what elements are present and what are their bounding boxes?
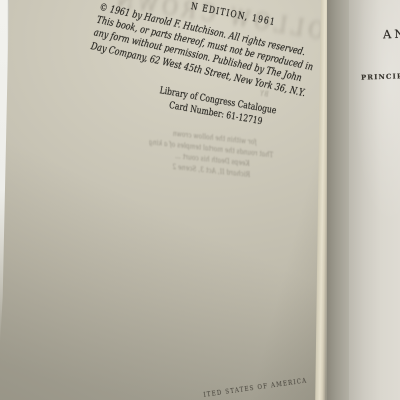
right-page: [349, 0, 400, 400]
gutter-shadow: [327, 0, 349, 400]
show-through-epigraph: for within the hollow crown That rounds …: [151, 126, 275, 182]
left-page: HOLLOW CROWN BY for within the hollow cr…: [0, 0, 328, 400]
printer-imprint-fragment: ITED STATES OF AMERICA: [203, 376, 308, 399]
right-page-heading-fragment: AN: [383, 27, 400, 42]
right-page-subheading-fragment: PRINCIP: [361, 72, 400, 81]
book-copyright-page-photo: HOLLOW CROWN BY for within the hollow cr…: [0, 0, 400, 400]
